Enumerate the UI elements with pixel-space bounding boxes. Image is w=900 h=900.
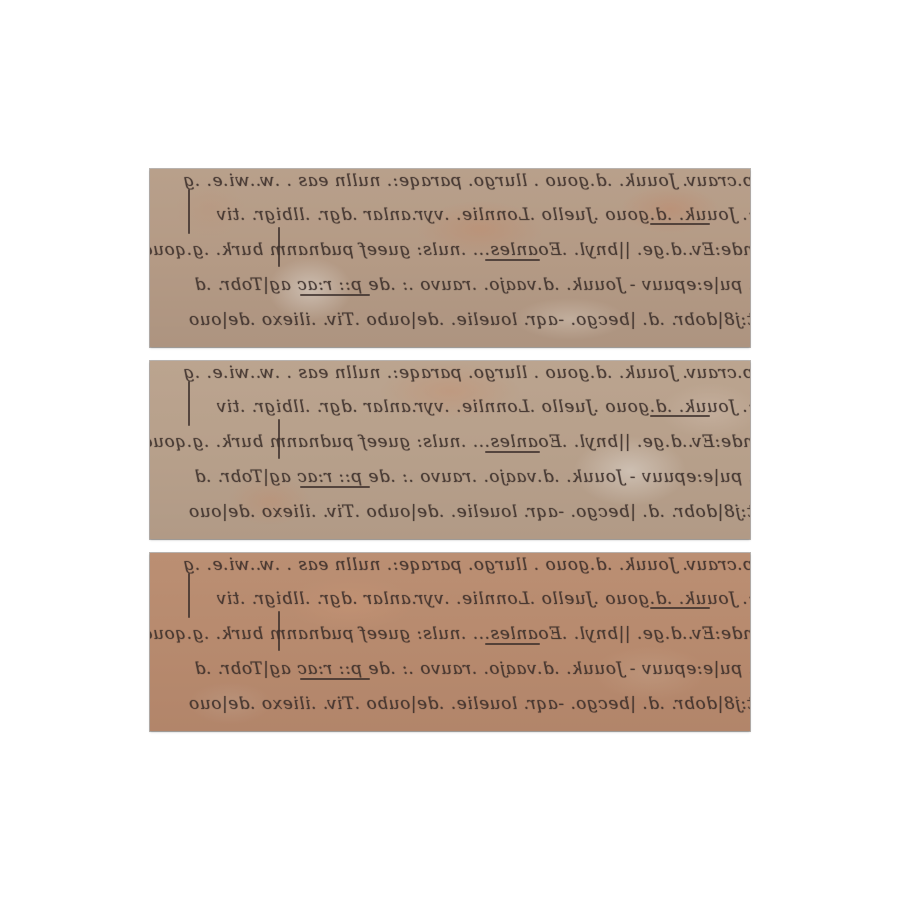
product-photo: p.crauv. Jouuk. .d.gouo . llurgo. paraqe… [0,0,900,900]
script-pattern: p.crauv. Jouuk. .d.gouo . llurgo. paraqe… [150,169,750,347]
script-line: . pu|e:epuuv - Jouuk. .d.vaajo. .rauvo .… [194,275,750,295]
script-line: t:j8|dobr. .d. |becgo. -aqr. louelie. .d… [189,502,750,522]
tile-3: p.crauv. Jouuk. .d.gouo . llurgo. paraqe… [150,553,750,731]
script-line: :. Jouuk. .d.gouo .Juello .Lonnlie. .vyr… [216,397,750,417]
tile-1: p.crauv. Jouuk. .d.gouo . llurgo. paraqe… [150,169,750,347]
script-line: :. Jouuk. .d.gouo .Juello .Lonnlie. .vyr… [216,205,750,225]
script-pattern: p.crauv. Jouuk. .d.gouo . llurgo. paraqe… [150,361,750,539]
script-line: nde:Ev..d.ge. ||bnyl. .Eoanles... .nuls:… [150,240,750,260]
tile-2: p.crauv. Jouuk. .d.gouo . llurgo. paraqe… [150,361,750,539]
script-line: p.crauv. Jouuk. .d.gouo . llurgo. paraqe… [183,555,750,575]
script-line: p.crauv. Jouuk. .d.gouo . llurgo. paraqe… [183,363,750,383]
script-line: . pu|e:epuuv - Jouuk. .d.vaajo. .rauvo .… [194,467,750,487]
script-line: t:j8|dobr. .d. |becgo. -aqr. louelie. .d… [189,310,750,330]
script-line: nde:Ev..d.ge. ||bnyl. .Eoanles... .nuls:… [150,432,750,452]
script-line: nde:Ev..d.ge. ||bnyl. .Eoanles... .nuls:… [150,624,750,644]
script-line: t:j8|dobr. .d. |becgo. -aqr. louelie. .d… [189,694,750,714]
script-line: :. Jouuk. .d.gouo .Juello .Lonnlie. .vyr… [216,589,750,609]
script-line: . pu|e:epuuv - Jouuk. .d.vaajo. .rauvo .… [194,659,750,679]
script-line: p.crauv. Jouuk. .d.gouo . llurgo. paraqe… [183,171,750,191]
script-pattern: p.crauv. Jouuk. .d.gouo . llurgo. paraqe… [150,553,750,731]
